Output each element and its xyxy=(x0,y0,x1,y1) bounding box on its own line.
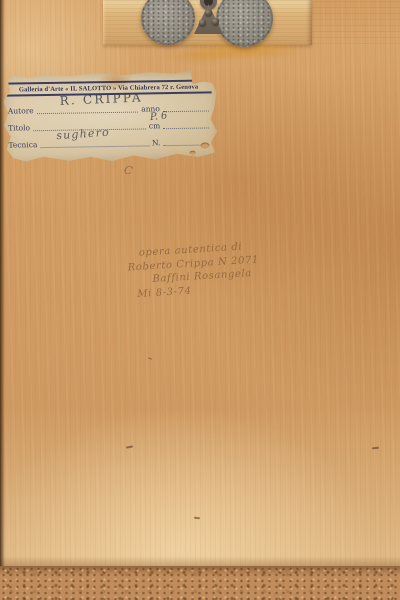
field-label-tecnica: Tecnica xyxy=(8,140,37,149)
dotted-line xyxy=(163,119,209,129)
cork-backing-board xyxy=(0,566,400,600)
handwritten-size: P. 6 xyxy=(149,110,167,123)
handwritten-inscription: opera autentica di Roberto Crippa N 2071… xyxy=(127,237,310,302)
screw-head xyxy=(212,18,219,25)
screw-head xyxy=(199,19,206,26)
photo-artwork-verso: Galleria d'Arte « IL SALOTTO » Via Chiab… xyxy=(0,0,400,600)
screw-head xyxy=(205,9,212,16)
field-label-autore: Autore xyxy=(8,106,34,115)
label-tear-hole xyxy=(200,142,209,148)
label-tear-hole xyxy=(190,151,196,155)
wood-grain-patch xyxy=(312,0,400,44)
field-label-n: N. xyxy=(152,138,161,147)
field-label-titolo: Titolo xyxy=(8,123,30,132)
panel-left-edge-shadow xyxy=(0,0,5,566)
dotted-line xyxy=(163,102,209,112)
gallery-label: Galleria d'Arte « IL SALOTTO » Via Chiab… xyxy=(3,70,219,163)
